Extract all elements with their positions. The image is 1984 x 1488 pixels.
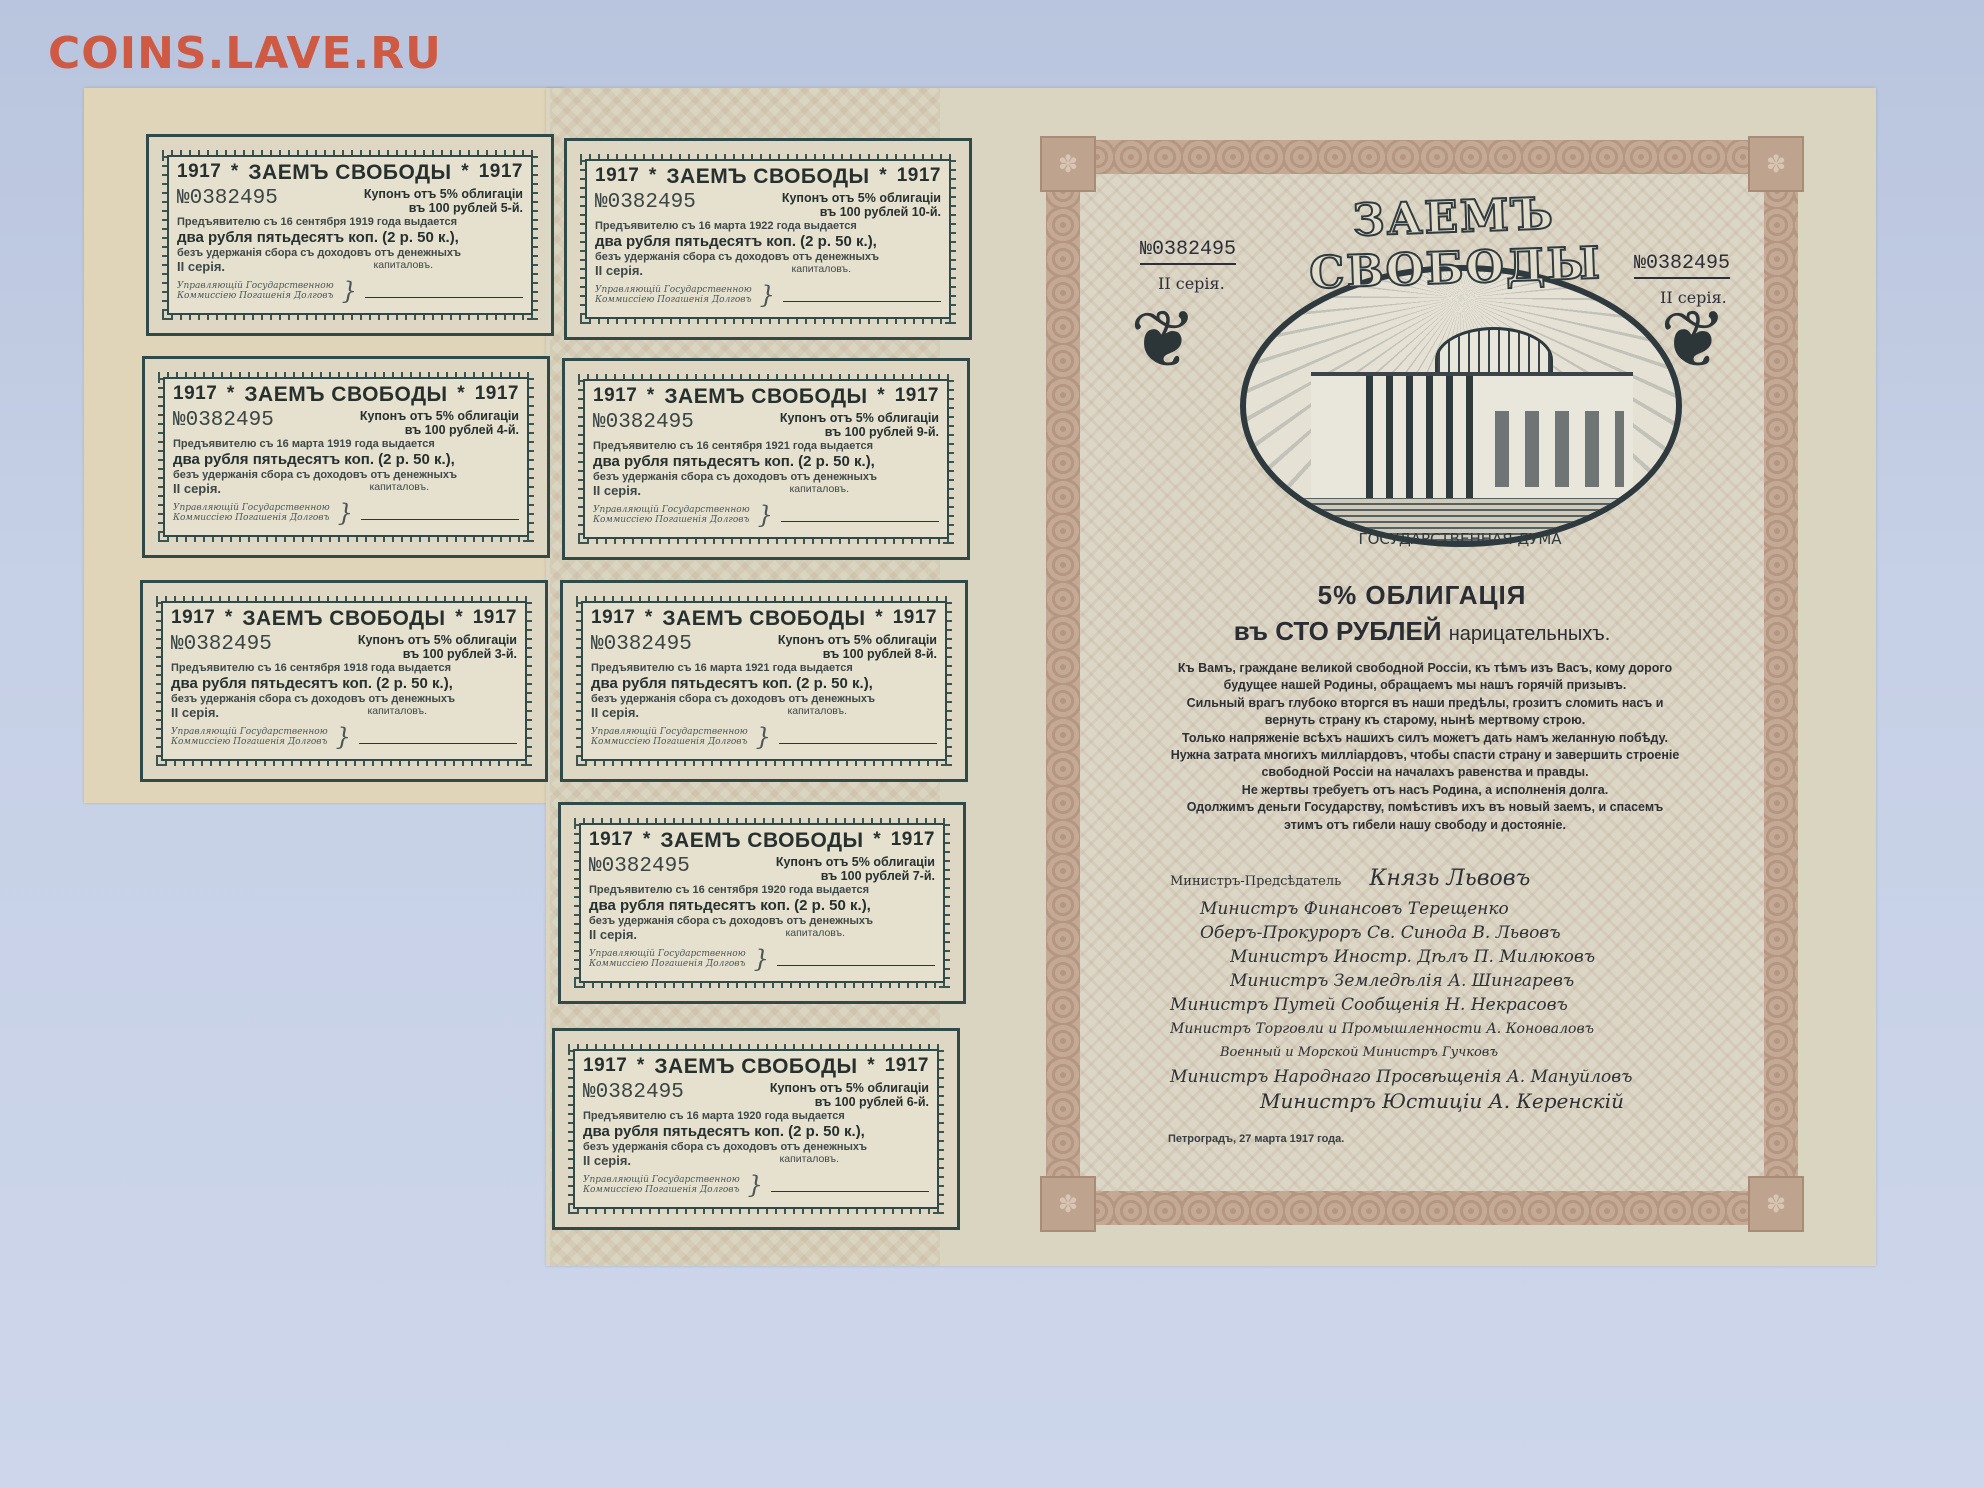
signer-title: Коммиссіею Погашенія Долговъ: [595, 295, 752, 305]
coupon-amount: два рубля пятьдесятъ коп. (2 р. 50 к.),: [173, 451, 519, 468]
coupon-right-3: 1917*ЗАЕМЪ СВОБОДЫ*1917№0382495Купонъ от…: [560, 580, 968, 782]
coupon-title: 1917*ЗАЕМЪ СВОБОДЫ*1917: [173, 383, 519, 407]
signer-title: Управляющій Государственною: [173, 503, 330, 513]
appeal-line: Не жертвы требуетъ отъ насъ Родина, а ис…: [1140, 782, 1710, 799]
coupon-amount: два рубля пятьдесятъ коп. (2 р. 50 к.),: [589, 897, 935, 914]
coupon-year: 1917: [173, 383, 217, 407]
appeal-line: свободной Россіи на началахъ равенства и…: [1140, 764, 1710, 781]
coupon-amount: два рубля пятьдесятъ коп. (2 р. 50 к.),: [171, 675, 517, 692]
appeal-line: будущее нашей Родины, обращаемъ мы нашъ …: [1140, 677, 1710, 694]
coupon-title: 1917*ЗАЕМЪ СВОБОДЫ*1917: [589, 829, 935, 853]
star-icon: *: [231, 161, 239, 185]
coupon-desc: Купонъ отъ 5% облигаціи: [782, 191, 941, 205]
coupon-index: въ 100 рублей 5-й.: [364, 201, 523, 215]
coupon-payout-date: Предъявителю съ 16 сентября 1918 года вы…: [171, 662, 517, 674]
coupon-signature: [365, 285, 523, 298]
coupon-index: въ 100 рублей 4-й.: [360, 423, 519, 437]
coupon-series: II серія.: [583, 1153, 631, 1168]
signer-title: Коммиссіею Погашенія Долговъ: [171, 737, 328, 747]
appeal-line: Къ Вамъ, граждане великой свободной Росс…: [1140, 660, 1710, 677]
coupon-year: 1917: [583, 1055, 627, 1079]
coupon-body: 1917*ЗАЕМЪ СВОБОДЫ*1917№0382495Купонъ от…: [579, 823, 945, 983]
bond-denomination: въ СТО РУБЛЕЙ нарицательныхъ.: [1080, 616, 1764, 647]
corner-rosette-icon: [1040, 1176, 1096, 1232]
corner-rosette-icon: [1040, 136, 1096, 192]
coupon-amount: два рубля пятьдесятъ коп. (2 р. 50 к.),: [593, 453, 939, 470]
star-icon: *: [455, 607, 463, 631]
coupon-tax-note: безъ удержанія сбора съ доходовъ отъ ден…: [593, 471, 939, 483]
coupon-year: 1917: [891, 829, 935, 853]
star-icon: *: [867, 1055, 875, 1079]
coupon-year: 1917: [177, 161, 221, 185]
signatures-block: Министръ-Предсѣдатель Князь Львовъ Минис…: [1170, 866, 1730, 1113]
bond-heading: 5% ОБЛИГАЦІЯ: [1080, 580, 1764, 611]
coupon-serial-number: №0382495: [589, 855, 690, 883]
coupon-year: 1917: [897, 165, 941, 189]
star-icon: *: [225, 607, 233, 631]
coupon-year: 1917: [885, 1055, 929, 1079]
star-icon: *: [461, 161, 469, 185]
coupon-serial-number: №0382495: [591, 633, 692, 661]
coupon-desc: Купонъ отъ 5% облигаціи: [780, 411, 939, 425]
coupon-loan-name: ЗАЕМЪ СВОБОДЫ: [654, 1055, 857, 1079]
signer-title: Управляющій Государственною: [171, 727, 328, 737]
minister-signature: Военный и Морской Министръ Гучковъ: [1220, 1041, 1730, 1065]
coupon-loan-name: ЗАЕМЪ СВОБОДЫ: [662, 607, 865, 631]
coupon-capital: капиталовъ.: [789, 483, 849, 498]
denomination-suffix: нарицательныхъ.: [1449, 623, 1611, 645]
appeal-line: Сильный врагъ глубоко вторгся въ наши пр…: [1140, 695, 1710, 712]
coupon-body: 1917*ЗАЕМЪ СВОБОДЫ*1917№0382495Купонъ от…: [585, 159, 951, 319]
denomination-prefix: въ: [1234, 616, 1268, 646]
brace-icon: }: [754, 945, 769, 973]
coupon-title: 1917*ЗАЕМЪ СВОБОДЫ*1917: [171, 607, 517, 631]
coupon-index: въ 100 рублей 9-й.: [780, 425, 939, 439]
coupon-tax-note: безъ удержанія сбора съ доходовъ отъ ден…: [589, 915, 935, 927]
coupon-capital: капиталовъ.: [787, 705, 847, 720]
coupon-index: въ 100 рублей 7-й.: [776, 869, 935, 883]
coupon-serial-number: №0382495: [593, 411, 694, 439]
coupon-year: 1917: [589, 829, 633, 853]
coupon-title: 1917*ЗАЕМЪ СВОБОДЫ*1917: [583, 1055, 929, 1079]
appeal-line: Нужна затрата многихъ милліардовъ, чтобы…: [1140, 747, 1710, 764]
vignette-label: ГОСУДАРСТВЕННАЯ ДУМА: [1330, 530, 1590, 548]
coupon-desc: Купонъ отъ 5% облигаціи: [776, 855, 935, 869]
coupon-tax-note: безъ удержанія сбора съ доходовъ отъ ден…: [591, 693, 937, 705]
signer-title: Управляющій Государственною: [593, 505, 750, 515]
coupon-serial-number: №0382495: [173, 409, 274, 437]
coupon-signature: [777, 953, 935, 966]
minister-signature: Оберъ-Прокуроръ Св. Синода В. Львовъ: [1200, 921, 1730, 945]
signer-title: Управляющій Государственною: [591, 727, 748, 737]
coupon-tax-note: безъ удержанія сбора съ доходовъ отъ ден…: [177, 247, 523, 259]
minister-signature: Министръ Народнаго Просвѣщенія А. Мануйл…: [1170, 1065, 1730, 1089]
coupon-title: 1917*ЗАЕМЪ СВОБОДЫ*1917: [177, 161, 523, 185]
coupon-capital: капиталовъ.: [791, 263, 851, 278]
coupon-serial-number: №0382495: [171, 633, 272, 661]
coupon-index: въ 100 рублей 10-й.: [782, 205, 941, 219]
corner-rosette-icon: [1748, 136, 1804, 192]
appeal-line: Одолжимъ деньги Государству, помѣстивъ и…: [1140, 799, 1710, 816]
coupon-capital: капиталовъ.: [785, 927, 845, 942]
coupon-year: 1917: [473, 607, 517, 631]
coupon-amount: два рубля пятьдесятъ коп. (2 р. 50 к.),: [177, 229, 523, 246]
coupon-payout-date: Предъявителю съ 16 сентября 1920 года вы…: [589, 884, 935, 896]
coupon-tax-note: безъ удержанія сбора съ доходовъ отъ ден…: [583, 1141, 929, 1153]
appeal-line: Только напряженіе всѣхъ нашихъ силъ може…: [1140, 730, 1710, 747]
coupon-left-bottom: 1917*ЗАЕМЪ СВОБОДЫ*1917№0382495Купонъ от…: [140, 580, 548, 782]
coupon-left-top: 1917*ЗАЕМЪ СВОБОДЫ*1917№0382495Купонъ от…: [146, 134, 554, 336]
coupon-index: въ 100 рублей 6-й.: [770, 1095, 929, 1109]
appeal-line: вернуть страну къ старому, нынѣ мертвому…: [1140, 712, 1710, 729]
coupon-body: 1917*ЗАЕМЪ СВОБОДЫ*1917№0382495Купонъ от…: [583, 379, 949, 539]
coupon-series: II серія.: [177, 259, 225, 274]
coupon-desc: Купонъ отъ 5% облигаціи: [770, 1081, 929, 1095]
coupon-year: 1917: [593, 385, 637, 409]
coupon-body: 1917*ЗАЕМЪ СВОБОДЫ*1917№0382495Купонъ от…: [167, 155, 533, 315]
coupon-capital: капиталовъ.: [367, 705, 427, 720]
windows-shape: [1495, 411, 1624, 487]
coupon-payout-date: Предъявителю съ 16 марта 1919 года выдае…: [173, 438, 519, 450]
denomination-main: СТО РУБЛЕЙ: [1275, 616, 1441, 646]
star-icon: *: [649, 165, 657, 189]
coupon-tax-note: безъ удержанія сбора съ доходовъ отъ ден…: [595, 251, 941, 263]
signer-title: Коммиссіею Погашенія Долговъ: [591, 737, 748, 747]
coupon-year: 1917: [171, 607, 215, 631]
coupon-desc: Купонъ отъ 5% облигаціи: [778, 633, 937, 647]
coupon-year: 1917: [895, 385, 939, 409]
minister-signature: Министръ Финансовъ Терещенко: [1200, 897, 1730, 921]
star-icon: *: [645, 607, 653, 631]
signer-title: Коммиссіею Погашенія Долговъ: [173, 513, 330, 523]
coupon-loan-name: ЗАЕМЪ СВОБОДЫ: [664, 385, 867, 409]
brace-icon: }: [336, 723, 351, 751]
coupon-desc: Купонъ отъ 5% облигаціи: [360, 409, 519, 423]
star-icon: *: [637, 1055, 645, 1079]
arch-title: ЗАЕМЪ СВОБОДЫ: [1218, 184, 1692, 320]
coupon-year: 1917: [595, 165, 639, 189]
coupon-title: 1917*ЗАЕМЪ СВОБОДЫ*1917: [595, 165, 941, 189]
coupon-body: 1917*ЗАЕМЪ СВОБОДЫ*1917№0382495Купонъ от…: [573, 1049, 939, 1209]
coupon-capital: капиталовъ.: [779, 1153, 839, 1168]
coupon-right-1: 1917*ЗАЕМЪ СВОБОДЫ*1917№0382495Купонъ от…: [564, 138, 972, 340]
star-icon: *: [643, 829, 651, 853]
star-icon: *: [873, 829, 881, 853]
coupon-index: въ 100 рублей 8-й.: [778, 647, 937, 661]
star-icon: *: [877, 385, 885, 409]
signer-title: Коммиссіею Погашенія Долговъ: [177, 291, 334, 301]
brace-icon: }: [342, 277, 357, 305]
coupon-amount: два рубля пятьдесятъ коп. (2 р. 50 к.),: [591, 675, 937, 692]
coupon-right-2: 1917*ЗАЕМЪ СВОБОДЫ*1917№0382495Купонъ от…: [562, 358, 970, 560]
coupon-payout-date: Предъявителю съ 16 марта 1921 года выдае…: [591, 662, 937, 674]
star-icon: *: [227, 383, 235, 407]
coupon-year: 1917: [591, 607, 635, 631]
minister-signature: Министръ Земледѣлія А. Шингаревъ: [1230, 969, 1730, 993]
coupon-series: II серія.: [593, 483, 641, 498]
minister-signature: Министръ Юстиціи А. Керенскій: [1260, 1089, 1730, 1113]
coupon-serial-number: №0382495: [595, 191, 696, 219]
signer-title: Управляющій Государственною: [595, 285, 752, 295]
place-date: Петроградъ, 27 марта 1917 года.: [1168, 1133, 1344, 1145]
coupon-series: II серія.: [173, 481, 221, 496]
coupon-left-middle: 1917*ЗАЕМЪ СВОБОДЫ*1917№0382495Купонъ от…: [142, 356, 550, 558]
signer-title: Управляющій Государственною: [177, 281, 334, 291]
coupon-capital: капиталовъ.: [373, 259, 433, 274]
coupon-year: 1917: [479, 161, 523, 185]
coupon-amount: два рубля пятьдесятъ коп. (2 р. 50 к.),: [583, 1123, 929, 1140]
minister-signature: Министръ Путей Сообщенія Н. Некрасовъ: [1170, 993, 1730, 1017]
coupon-payout-date: Предъявителю съ 16 марта 1922 года выдае…: [595, 220, 941, 232]
star-icon: *: [879, 165, 887, 189]
series-left: II серія.: [1158, 274, 1225, 293]
coupon-signature: [771, 1179, 929, 1192]
star-icon: *: [875, 607, 883, 631]
corner-rosette-icon: [1748, 1176, 1804, 1232]
coupon-signature: [359, 731, 517, 744]
coupon-signature: [361, 507, 519, 520]
coupon-serial-number: №0382495: [177, 187, 278, 215]
coupon-right-5: 1917*ЗАЕМЪ СВОБОДЫ*1917№0382495Купонъ от…: [552, 1028, 960, 1230]
coupon-series: II серія.: [589, 927, 637, 942]
coupon-series: II серія.: [595, 263, 643, 278]
coupon-tax-note: безъ удержанія сбора съ доходовъ отъ ден…: [173, 469, 519, 481]
brace-icon: }: [760, 281, 775, 309]
watermark: COINS.LAVE.RU: [48, 28, 442, 79]
signer-title: Коммиссіею Погашенія Долговъ: [589, 959, 746, 969]
coupon-payout-date: Предъявителю съ 16 марта 1920 года выдае…: [583, 1110, 929, 1122]
coupon-payout-date: Предъявителю съ 16 сентября 1921 года вы…: [593, 440, 939, 452]
coupon-loan-name: ЗАЕМЪ СВОБОДЫ: [660, 829, 863, 853]
coupon-loan-name: ЗАЕМЪ СВОБОДЫ: [244, 383, 447, 407]
chairman-label: Министръ-Предсѣдатель: [1170, 874, 1341, 889]
coupon-loan-name: ЗАЕМЪ СВОБОДЫ: [248, 161, 451, 185]
coupon-index: въ 100 рублей 3-й.: [358, 647, 517, 661]
signer-title: Управляющій Государственною: [583, 1175, 740, 1185]
signer-title: Коммиссіею Погашенія Долговъ: [583, 1185, 740, 1195]
coupon-right-4: 1917*ЗАЕМЪ СВОБОДЫ*1917№0382495Купонъ от…: [558, 802, 966, 1004]
coupon-signature: [781, 509, 939, 522]
coupon-serial-number: №0382495: [583, 1081, 684, 1109]
minister-signature: Министръ Иностр. Дѣлъ П. Милюковъ: [1230, 945, 1730, 969]
coupon-title: 1917*ЗАЕМЪ СВОБОДЫ*1917: [591, 607, 937, 631]
coupon-loan-name: ЗАЕМЪ СВОБОДЫ: [242, 607, 445, 631]
coupon-series: II серія.: [591, 705, 639, 720]
chairman-signature: Князь Львовъ: [1369, 866, 1530, 891]
star-icon: *: [647, 385, 655, 409]
coupon-capital: капиталовъ.: [369, 481, 429, 496]
minister-signature: Министръ Торговли и Промышленности А. Ко…: [1170, 1017, 1730, 1041]
coupon-desc: Купонъ отъ 5% облигаціи: [364, 187, 523, 201]
signer-title: Управляющій Государственною: [589, 949, 746, 959]
star-icon: *: [457, 383, 465, 407]
colonnade-shape: [1366, 376, 1478, 498]
coupon-body: 1917*ЗАЕМЪ СВОБОДЫ*1917№0382495Купонъ от…: [581, 601, 947, 761]
coupon-signature: [779, 731, 937, 744]
laurel-branch-icon: ❦: [1130, 300, 1240, 560]
coupon-tax-note: безъ удержанія сбора съ доходовъ отъ ден…: [171, 693, 517, 705]
coupon-title: 1917*ЗАЕМЪ СВОБОДЫ*1917: [593, 385, 939, 409]
coupon-signature: [783, 289, 941, 302]
appeal-line: этимъ отъ гибели нашу свободу и достояні…: [1140, 817, 1710, 834]
coupon-loan-name: ЗАЕМЪ СВОБОДЫ: [666, 165, 869, 189]
coupon-year: 1917: [475, 383, 519, 407]
coupon-year: 1917: [893, 607, 937, 631]
brace-icon: }: [758, 501, 773, 529]
coupon-series: II серія.: [171, 705, 219, 720]
coupon-payout-date: Предъявителю съ 16 сентября 1919 года вы…: [177, 216, 523, 228]
coupon-body: 1917*ЗАЕМЪ СВОБОДЫ*1917№0382495Купонъ от…: [163, 377, 529, 537]
coupon-desc: Купонъ отъ 5% облигаціи: [358, 633, 517, 647]
appeal-text: Къ Вамъ, граждане великой свободной Росс…: [1140, 660, 1710, 834]
brace-icon: }: [756, 723, 771, 751]
coupon-amount: два рубля пятьдесятъ коп. (2 р. 50 к.),: [595, 233, 941, 250]
brace-icon: }: [338, 499, 353, 527]
coupon-body: 1917*ЗАЕМЪ СВОБОДЫ*1917№0382495Купонъ от…: [161, 601, 527, 761]
signer-title: Коммиссіею Погашенія Долговъ: [593, 515, 750, 525]
brace-icon: }: [748, 1171, 763, 1199]
